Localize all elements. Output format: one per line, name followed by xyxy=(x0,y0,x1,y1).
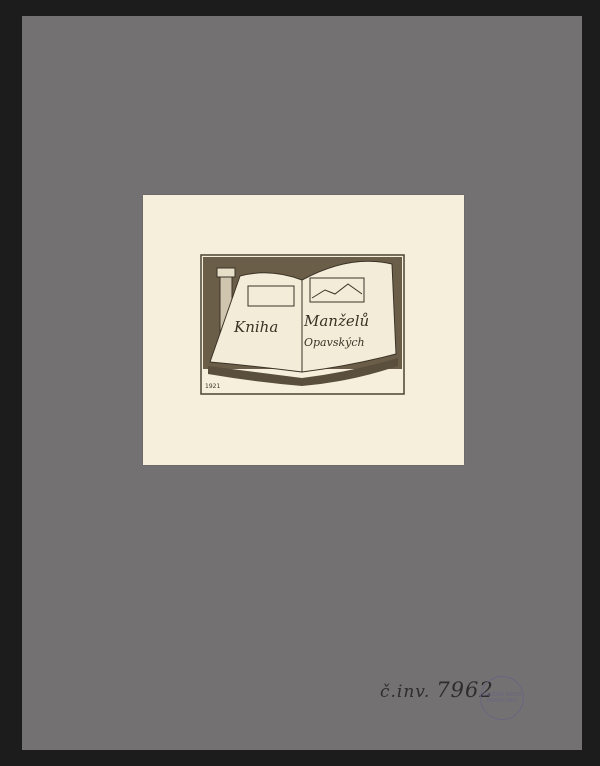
svg-text:1921: 1921 xyxy=(205,383,220,390)
inventory-annotation: č.inv.7962 xyxy=(380,678,494,702)
svg-text:Opavských: Opavských xyxy=(304,336,365,349)
svg-text:Kniha: Kniha xyxy=(233,318,278,336)
mounting-board: Kniha Manželů Opavských 1921 xyxy=(22,16,582,750)
open-book-illustration: Kniha Manželů Opavských 1921 xyxy=(200,254,405,395)
collection-stamp: GALÉRIA MESTA BRATISLAVY xyxy=(480,676,524,720)
inventory-label: č.inv. xyxy=(380,682,430,702)
paper-sheet: Kniha Manželů Opavských 1921 xyxy=(143,195,464,465)
stamp-text: GALÉRIA MESTA BRATISLAVY xyxy=(481,692,523,704)
bookplate-print: Kniha Manželů Opavských 1921 xyxy=(200,254,405,395)
svg-text:Manželů: Manželů xyxy=(303,312,369,330)
